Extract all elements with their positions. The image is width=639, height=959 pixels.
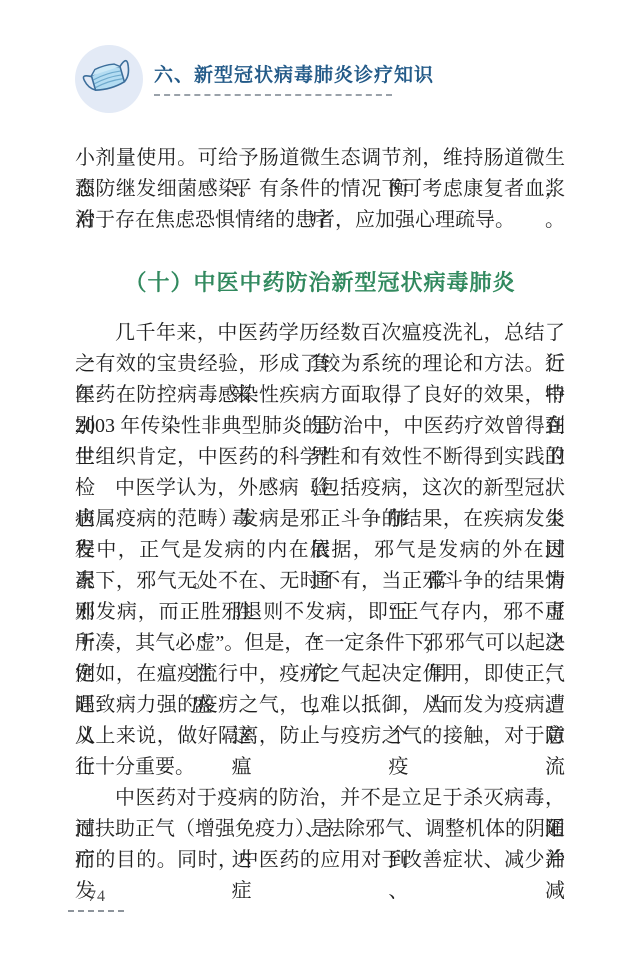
text-line: 过扶助正气（增强免疫力）、祛除邪气、调整机体的阴阳而达到治 — [75, 814, 565, 845]
page-number: 74 — [68, 888, 126, 906]
page-footer: 74 — [68, 888, 126, 912]
chapter-header: 六、新型冠状病毒肺炎诊疗知识 — [74, 44, 434, 114]
text-line: 例如，在瘟疫流行中，疫疠之气起决定作用，即使正气旺盛，当遭 — [75, 659, 565, 690]
text-line: 几千年来，中医药学历经数百次瘟疫洗礼，总结了一套行 — [75, 318, 565, 349]
text-line: 之有效的宝贵经验，形成了较为系统的理论和方法。近年来，中 — [75, 349, 565, 380]
text-line: 对于存在焦虑恐惧情绪的患者，应加强心理疏导。 — [75, 205, 565, 236]
text-line: 也属疫病的范畴）发病是邪正斗争的结果，在疾病发生发展过 — [75, 504, 565, 535]
footer-dashed-rule — [68, 910, 124, 912]
text-line: 小剂量使用。可给予肠道微生态调节剂，维持肠道微生态平衡， — [75, 143, 565, 174]
face-mask-icon — [74, 44, 144, 114]
page-body: 小剂量使用。可给予肠道微生态调节剂，维持肠道微生态平衡， 预防继发细菌感染。有条… — [75, 143, 565, 876]
text-line: 生组织肯定，中医药的科学性和有效性不断得到实践的检验。 — [75, 442, 565, 473]
text-line: 2003 年传染性非典型肺炎的防治中，中医药疗效曾得到世界卫 — [75, 411, 565, 442]
text-line: 中医学认为，外感病（包括疫病，这次的新型冠状病毒肺炎 — [75, 473, 565, 504]
text-line: 则发病，而正胜邪退则不发病，即“正气存内，邪不可干” “邪之 — [75, 597, 565, 628]
text-line: 所凑，其气必虚”。但是，在一定条件下，邪气可以起决定性作用， — [75, 628, 565, 659]
chapter-header-text: 六、新型冠状病毒肺炎诊疗知识 — [154, 44, 434, 96]
text-line: 医药在防控病毒感染性疾病方面取得了良好的效果，特别是在 — [75, 380, 565, 411]
text-line: 遇致病力强的疫疠之气，也难以抵御，从而发为疫病。从这个意 — [75, 690, 565, 721]
book-page: 六、新型冠状病毒肺炎诊疗知识 小剂量使用。可给予肠道微生态调节剂，维持肠道微生态… — [0, 0, 639, 959]
section-heading: （十）中医中药防治新型冠状病毒肺炎 — [75, 268, 565, 298]
text-line: 况下，邪气无处不在、无时不有，当正邪斗争的结果为邪胜正虚 — [75, 566, 565, 597]
text-line: 中医药对于疫病的防治，并不是立足于杀灭病毒，而是通 — [75, 783, 565, 814]
text-line: 疗的目的。同时，中医药的应用对于改善症状、减少并发症、减 — [75, 845, 565, 876]
chapter-title: 六、新型冠状病毒肺炎诊疗知识 — [154, 60, 434, 87]
text-line: 预防继发细菌感染。有条件的情况下可考虑康复者血浆治疗。 — [75, 174, 565, 205]
header-dashed-rule — [154, 94, 392, 96]
text-line: 义上来说，做好隔离，防止与疫疠之气的接触，对于防止瘟疫流 — [75, 721, 565, 752]
text-line: 程中，正气是发病的内在依据，邪气是发病的外在因素。通常情 — [75, 535, 565, 566]
